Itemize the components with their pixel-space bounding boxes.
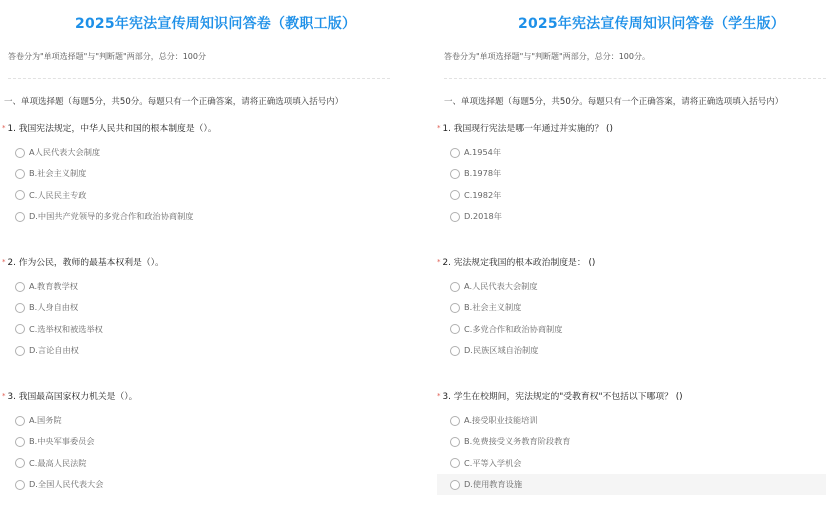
option-b[interactable]: B.社会主义制度 [2,163,407,184]
option-a[interactable]: A.教育教学权 [2,276,407,297]
option-c[interactable]: C.平等入学机会 [437,453,826,474]
option-list: A.国务院 B.中央军事委员会 C.最高人民法院 D.全国人民代表大会 [2,410,407,495]
option-a[interactable]: A.人民代表大会制度 [437,276,826,297]
radio-button-icon[interactable] [15,212,25,222]
option-b[interactable]: B.免费接受义务教育阶段教育 [437,431,826,452]
required-marker: * [437,258,441,266]
option-d[interactable]: D.使用教育设施 [437,474,826,495]
radio-button-icon[interactable] [15,148,25,158]
option-list: A.教育教学权 B.人身自由权 C.选举权和被选举权 D.言论自由权 [2,276,407,361]
divider [444,78,826,79]
radio-button-icon[interactable] [450,346,460,356]
required-marker: * [2,124,6,132]
radio-button-icon[interactable] [450,148,460,158]
question-title: *2. 宪法规定我国的根本政治制度是： () [437,255,826,269]
radio-button-icon[interactable] [450,458,460,468]
question-3: *3. 学生在校期间，宪法规定的"受教育权"不包括以下哪项？ () A.接受职业… [437,389,826,495]
option-d[interactable]: D.言论自由权 [2,340,407,361]
radio-button-icon[interactable] [15,416,25,426]
option-d[interactable]: D.2018年 [437,206,826,227]
radio-button-icon[interactable] [450,303,460,313]
divider [8,78,390,79]
radio-button-icon[interactable] [15,346,25,356]
radio-button-icon[interactable] [15,190,25,200]
radio-button-icon[interactable] [450,169,460,179]
radio-button-icon[interactable] [15,282,25,292]
option-list: A.1954年 B.1978年 C.1982年 D.2018年 [437,142,826,227]
option-b[interactable]: B.人身自由权 [2,297,407,318]
radio-button-icon[interactable] [450,480,460,490]
question-2: *2. 宪法规定我国的根本政治制度是： () A.人民代表大会制度 B.社会主义… [437,255,826,361]
option-a[interactable]: A.1954年 [437,142,826,163]
section-header: 一、单项选择题（每题5分，共50分。每题只有一个正确答案，请将正确选项填入括号内… [4,95,343,107]
questionnaire-description: 答卷分为"单项选择题"与"判断题"两部分，总分：100分 [8,51,206,62]
option-list: A.人民代表大会制度 B.社会主义制度 C.多党合作和政治协商制度 D.民族区域… [437,276,826,361]
radio-button-icon[interactable] [450,437,460,447]
section-header: 一、单项选择题（每题5分，共50分。每题只有一个正确答案，请将正确选项填入括号内… [444,95,783,107]
option-b[interactable]: B.中央军事委员会 [2,431,407,452]
option-d[interactable]: D.民族区域自治制度 [437,340,826,361]
radio-button-icon[interactable] [450,190,460,200]
question-3: *3. 我国最高国家权力机关是（）。 A.国务院 B.中央军事委员会 C.最高人… [2,389,407,495]
question-2: *2. 作为公民，教师的最基本权利是（）。 A.教育教学权 B.人身自由权 C.… [2,255,407,361]
option-c[interactable]: C.选举权和被选举权 [2,319,407,340]
question-1: *1. 我国现行宪法是哪一年通过并实施的？ () A.1954年 B.1978年… [437,121,826,227]
option-b[interactable]: B.社会主义制度 [437,297,826,318]
questionnaire-panel-student: 2025年宪法宣传周知识问答卷（学生版） 答卷分为"单项选择题"与"判断题"两部… [413,0,826,522]
required-marker: * [2,258,6,266]
option-list: A.接受职业技能培训 B.免费接受义务教育阶段教育 C.平等入学机会 D.使用教… [437,410,826,495]
question-title: *3. 学生在校期间，宪法规定的"受教育权"不包括以下哪项？ () [437,389,826,403]
option-b[interactable]: B.1978年 [437,163,826,184]
required-marker: * [437,124,441,132]
questionnaire-panel-staff: 2025年宪法宣传周知识问答卷（教职工版） 答卷分为"单项选择题"与"判断题"两… [0,0,413,522]
option-c[interactable]: C.最高人民法院 [2,453,407,474]
radio-button-icon[interactable] [15,169,25,179]
option-list: A人民代表大会制度 B.社会主义制度 C.人民民主专政 D.中国共产党领导的多党… [2,142,407,227]
option-a[interactable]: A.国务院 [2,410,407,431]
question-1: *1. 我国宪法规定，中华人民共和国的根本制度是（）。 A人民代表大会制度 B.… [2,121,407,227]
radio-button-icon[interactable] [450,324,460,334]
option-d[interactable]: D.全国人民代表大会 [2,474,407,495]
radio-button-icon[interactable] [15,458,25,468]
question-title: *3. 我国最高国家权力机关是（）。 [2,389,407,403]
option-a[interactable]: A.接受职业技能培训 [437,410,826,431]
required-marker: * [2,392,6,400]
option-c[interactable]: C.1982年 [437,185,826,206]
question-title: *1. 我国现行宪法是哪一年通过并实施的？ () [437,121,826,135]
option-c[interactable]: C.人民民主专政 [2,185,407,206]
radio-button-icon[interactable] [450,282,460,292]
radio-button-icon[interactable] [15,480,25,490]
question-title: *1. 我国宪法规定，中华人民共和国的根本制度是（）。 [2,121,407,135]
option-a[interactable]: A人民代表大会制度 [2,142,407,163]
page-title: 2025年宪法宣传周知识问答卷（学生版） [518,13,785,33]
question-title: *2. 作为公民，教师的最基本权利是（）。 [2,255,407,269]
radio-button-icon[interactable] [450,212,460,222]
option-c[interactable]: C.多党合作和政治协商制度 [437,319,826,340]
radio-button-icon[interactable] [450,416,460,426]
radio-button-icon[interactable] [15,437,25,447]
radio-button-icon[interactable] [15,324,25,334]
page-title: 2025年宪法宣传周知识问答卷（教职工版） [75,13,356,33]
radio-button-icon[interactable] [15,303,25,313]
questionnaire-description: 答卷分为"单项选择题"与"判断题"两部分，总分：100分。 [444,51,650,62]
required-marker: * [437,392,441,400]
option-d[interactable]: D.中国共产党领导的多党合作和政治协商制度 [2,206,407,227]
